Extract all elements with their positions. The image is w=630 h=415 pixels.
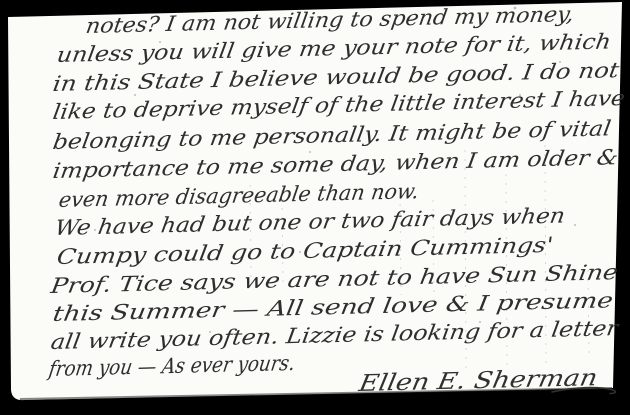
scanned-letter: notes? I am not willing to spend my mone… [0,0,630,415]
letter-scan-stage: notes? I am not willing to spend my mone… [0,0,630,415]
